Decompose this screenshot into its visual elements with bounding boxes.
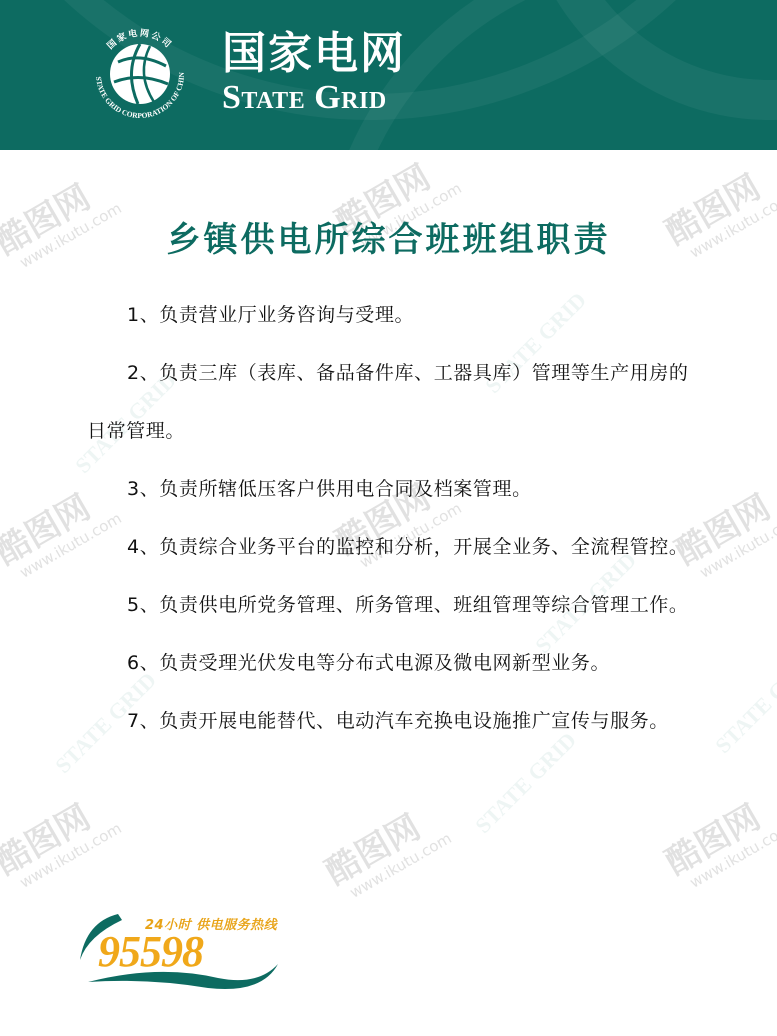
duty-item: 5、负责供电所党务管理、所务管理、班组管理等综合管理工作。 [87, 576, 697, 634]
watermark: 酷图网www.ikutu.com [0, 788, 125, 897]
hotline-logo: 24小时 供电服务热线 95598 [78, 908, 288, 998]
document-title: 乡镇供电所综合班班组职责 [0, 212, 777, 261]
duty-item: 7、负责开展电能替代、电动汽车充换电设施推广宣传与服务。 [87, 692, 697, 750]
duty-item: 2、负责三库（表库、备品备件库、工器具库）管理等生产用房的日常管理。 [87, 344, 697, 460]
duty-item: 3、负责所辖低压客户供用电合同及档案管理。 [87, 460, 697, 518]
watermark-faint: STATE GRID [710, 647, 777, 759]
hotline-number: 95598 [98, 926, 203, 977]
brand-name-english: State Grid [222, 80, 387, 116]
state-grid-globe-icon: 国家电网公司 STATE GRID CORPORATION OF CHINA [88, 22, 192, 126]
header-banner: 国家电网公司 STATE GRID CORPORATION OF CHINA 国… [0, 0, 777, 150]
watermark: 酷图网www.ikutu.com [660, 788, 777, 897]
brand-name-chinese: 国家电网 [222, 30, 406, 78]
duties-list: 1、负责营业厅业务咨询与受理。 2、负责三库（表库、备品备件库、工器具库）管理等… [87, 286, 697, 750]
duty-item: 1、负责营业厅业务咨询与受理。 [87, 286, 697, 344]
duty-item: 6、负责受理光伏发电等分布式电源及微电网新型业务。 [87, 634, 697, 692]
duty-item: 4、负责综合业务平台的监控和分析，开展全业务、全流程管控。 [87, 518, 697, 576]
watermark: 酷图网www.ikutu.com [320, 798, 455, 907]
